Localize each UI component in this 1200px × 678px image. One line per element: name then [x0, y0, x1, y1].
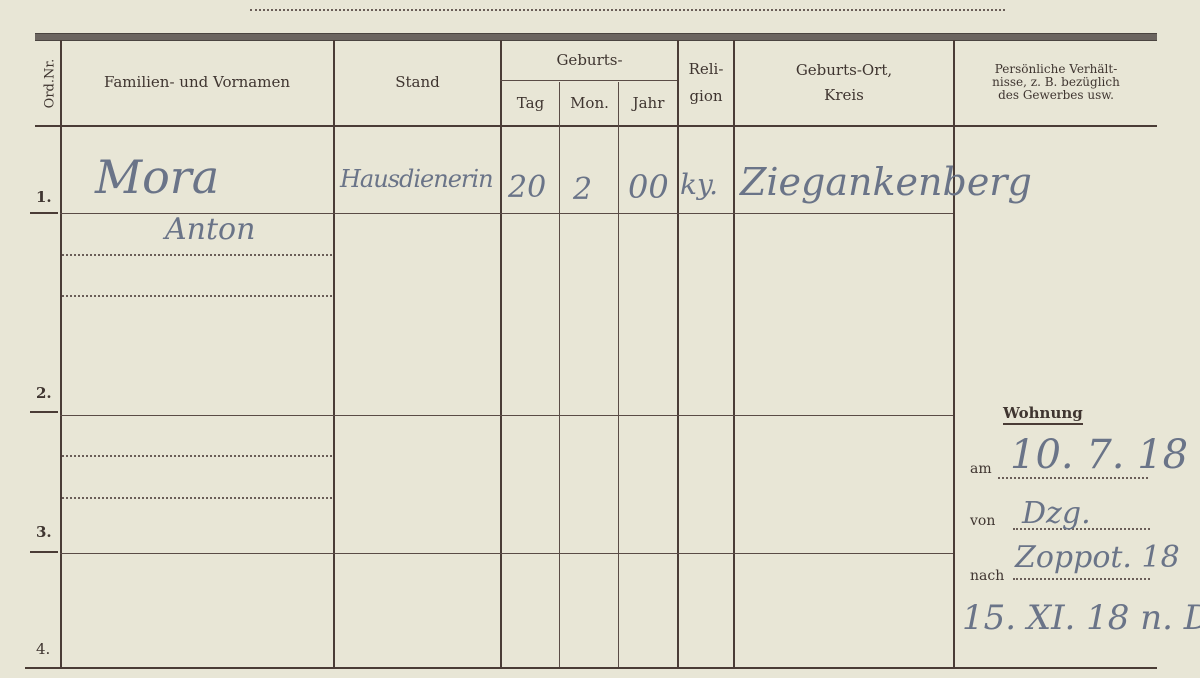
header-persoenlich-line1: Persönliche Verhält-	[995, 63, 1118, 76]
entry-stand: Hausdienerin	[340, 165, 493, 193]
row-number-2: 2.	[36, 384, 52, 402]
header-jahr: Jahr	[620, 82, 677, 124]
wohnung-von-label: von	[970, 513, 995, 529]
name-dotted-4	[62, 497, 332, 499]
row-3-rule	[60, 553, 953, 554]
header-stand: Stand	[335, 40, 500, 125]
header-mon: Mon.	[561, 82, 618, 124]
header-religion: Reli- gion	[679, 40, 733, 125]
row-number-3: 3.	[36, 523, 52, 541]
wohnung-am-label: am	[970, 461, 992, 477]
col-divider-geburtsort	[953, 40, 955, 668]
row-number-1: 1.	[36, 188, 52, 206]
wohnung-nach-dotted	[1013, 578, 1150, 580]
entry-mon: 2	[573, 172, 592, 207]
col-divider-num	[60, 40, 62, 668]
entry-name-surname: Mora	[95, 150, 219, 204]
wohnung-nach-value: Zoppot. 18	[1015, 540, 1180, 575]
entry-tag: 20	[508, 170, 546, 205]
col-divider-jahr	[677, 40, 679, 668]
wohnung-note: 15. XI. 18 n. Dzg.	[962, 598, 1200, 638]
geburts-subheader-rule	[500, 80, 677, 81]
col-divider-mon	[618, 82, 619, 668]
wohnung-title: Wohnung	[1003, 404, 1083, 425]
header-persoenlich: Persönliche Verhält- nisse, z. B. bezügl…	[955, 40, 1157, 125]
header-geburts: Geburts-	[502, 42, 677, 78]
header-geburtsort-line1: Geburts-Ort,	[796, 62, 892, 79]
header-religion-line2: gion	[689, 88, 722, 105]
wohnung-von-value: Dzg.	[1022, 496, 1091, 531]
row-number-4: 4.	[36, 640, 50, 658]
col-divider-stand	[500, 40, 502, 668]
name-dotted-2	[62, 295, 332, 297]
name-dotted-1	[62, 254, 332, 256]
col-divider-religion	[733, 40, 735, 668]
header-persoenlich-line3: des Gewerbes usw.	[998, 89, 1114, 102]
wohnung-nach-label: nach	[970, 568, 1004, 584]
col-divider-tag	[559, 82, 560, 668]
entry-geburtsort: Ziegankenberg	[740, 160, 1032, 204]
entry-jahr: 00	[628, 168, 669, 206]
row-number-2-tick	[30, 411, 58, 413]
wohnung-am-value: 10. 7. 18	[1010, 432, 1188, 478]
top-dotted-line	[250, 9, 1005, 11]
header-tag: Tag	[502, 82, 559, 124]
entry-name-firstname: Anton	[165, 212, 255, 247]
col-divider-name	[333, 40, 335, 668]
header-bottom-rule	[35, 125, 1157, 127]
header-religion-line1: Reli-	[689, 61, 724, 78]
header-geburtsort: Geburts-Ort, Kreis	[735, 40, 953, 125]
row-2-rule	[60, 415, 953, 416]
header-ord-nr: Ord.Nr.	[43, 54, 58, 114]
header-name: Familien- und Vornamen	[62, 40, 332, 125]
row-number-1-tick	[30, 212, 58, 214]
entry-religion: ky.	[680, 168, 718, 201]
header-geburtsort-line2: Kreis	[824, 87, 864, 104]
table-bottom-rule	[25, 667, 1157, 669]
row-number-3-tick	[30, 551, 58, 553]
name-dotted-3	[62, 455, 332, 457]
